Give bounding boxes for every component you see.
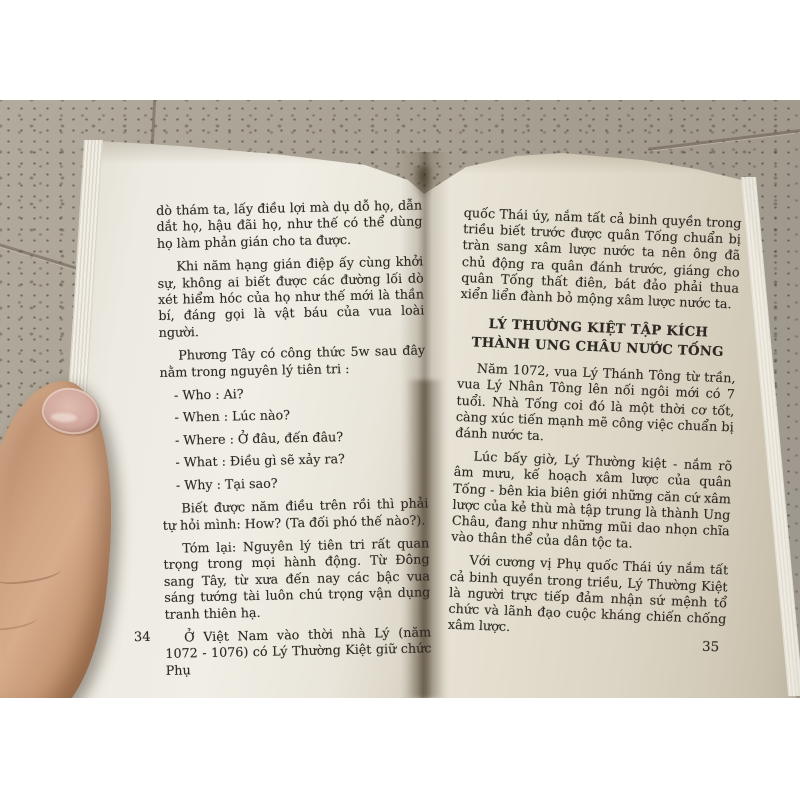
- five-w-list: - Who : Ai? - When : Lúc nào? - Where : …: [160, 382, 428, 494]
- list-item: - What : Điều gì sẽ xảy ra?: [175, 450, 427, 472]
- paragraph: Lúc bấy giờ, Lý Thường kiệt - nắm rõ âm …: [451, 449, 733, 557]
- chapter-heading: LÝ THƯỜNG KIỆT TẬP KÍCH THÀNH UNG CHÂU N…: [460, 314, 735, 362]
- right-page-text: quốc Thái úy, nắm tất cả binh quyền tron…: [447, 206, 742, 652]
- thumb-crease: [0, 609, 39, 633]
- left-page-text: dò thám ta, lấy điều lợi mà dụ dỗ họ, dẫ…: [156, 197, 432, 686]
- paragraph: Với cương vị Phụ quốc Thái úy nắm tất cả…: [448, 553, 729, 645]
- book-spine-notch: [412, 166, 434, 200]
- white-margin-top: [0, 0, 800, 100]
- list-item: - Why : Tại sao?: [176, 472, 428, 494]
- paragraph: dò thám ta, lấy điều lợi mà dụ dỗ họ, dẫ…: [156, 197, 423, 252]
- page-number-right: 35: [702, 639, 720, 656]
- paragraph: Năm 1072, vua Lý Thánh Tông từ trần, vua…: [455, 361, 736, 453]
- list-item: - Where : Ở đâu, đến đâu?: [175, 427, 427, 449]
- paragraph: quốc Thái úy, nắm tất cả binh quyền tron…: [460, 206, 742, 314]
- book-photo: dò thám ta, lấy điều lợi mà dụ dỗ họ, dẫ…: [0, 0, 800, 800]
- nail-highlight: [51, 412, 77, 422]
- paragraph: Phương Tây có công thức 5w sau đây nằm t…: [159, 343, 426, 381]
- thumb-crease: [0, 561, 63, 587]
- page-number-left: 34: [134, 630, 151, 645]
- white-margin-bottom: [0, 698, 800, 800]
- paragraph: Khi năm hạng gián điệp ấy cùng khởi sự, …: [157, 254, 425, 342]
- list-item: - Who : Ai?: [174, 382, 426, 404]
- paragraph: Ở Việt Nam vào thời nhà Lý (năm 1072 - 1…: [165, 624, 432, 679]
- list-item: - When : Lúc nào?: [174, 405, 426, 427]
- paragraph: Biết được năm điều trên rồi thì phải tự …: [162, 495, 429, 533]
- paragraph: Tóm lại: Nguyên lý tiên tri rất quan trọ…: [163, 535, 431, 623]
